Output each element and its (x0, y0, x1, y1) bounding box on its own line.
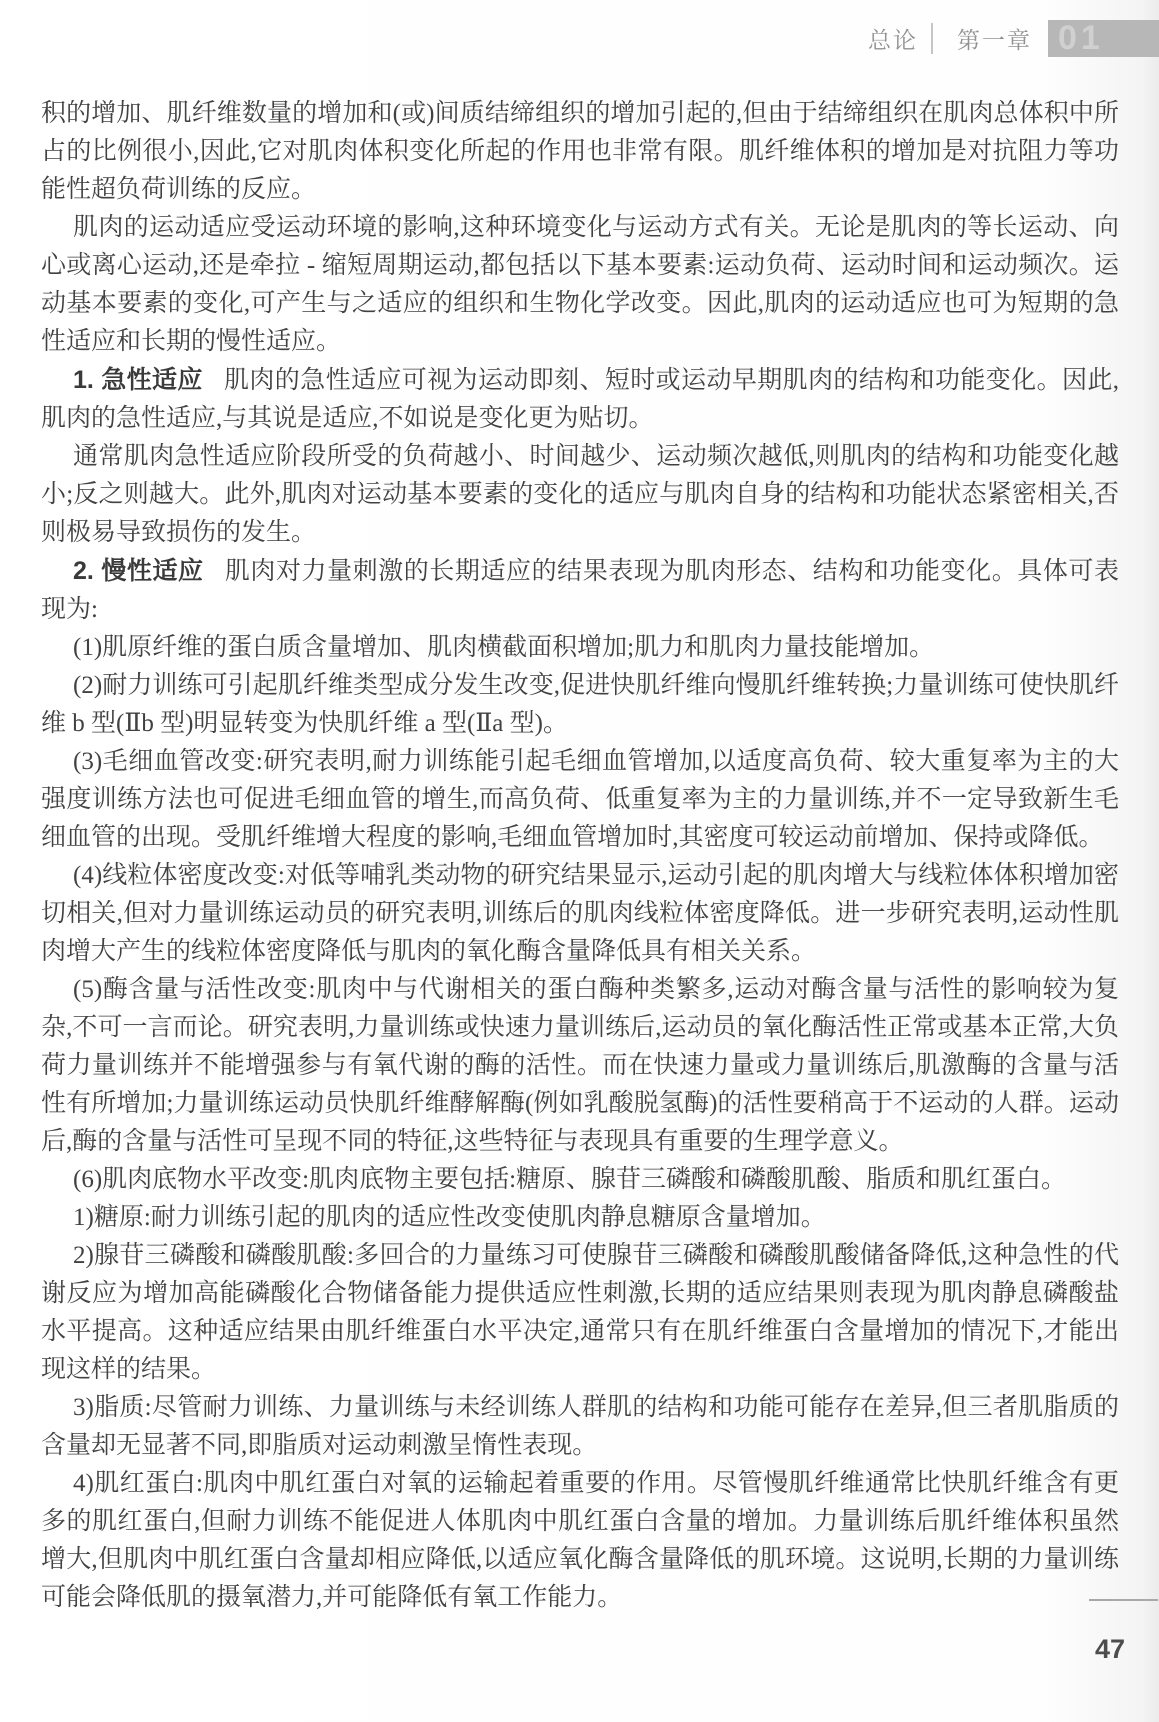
paragraph: 1. 急性适应肌肉的急性适应可视为运动即刻、短时或运动早期肌肉的结构和功能变化。… (41, 361, 1119, 438)
paragraph: 1)糖原:耐力训练引起的肌肉的适应性改变使肌肉静息糖原含量增加。 (41, 1199, 1119, 1237)
paragraph-text: 1)糖原:耐力训练引起的肌肉的适应性改变使肌肉静息糖原含量增加。 (73, 1204, 826, 1231)
paragraph: 2. 慢性适应肌肉对力量刺激的长期适应的结果表现为肌肉形态、结构和功能变化。具体… (41, 552, 1119, 629)
header-chapter-label: 第一章 (957, 22, 1032, 55)
chapter-number-badge: 01 (1048, 20, 1159, 57)
paragraph: 4)肌红蛋白:肌肉中肌红蛋白对氧的运输起着重要的作用。尽管慢肌纤维通常比快肌纤维… (41, 1465, 1119, 1617)
paragraph-lead: 2. 慢性适应 (73, 557, 204, 585)
paragraph-text: (1)肌原纤维的蛋白质含量增加、肌肉横截面积增加;肌力和肌肉力量技能增加。 (73, 634, 934, 661)
paragraph-text: (3)毛细血管改变:研究表明,耐力训练能引起毛细血管增加,以适度高负荷、较大重复… (41, 748, 1119, 851)
paragraph: (3)毛细血管改变:研究表明,耐力训练能引起毛细血管增加,以适度高负荷、较大重复… (41, 743, 1119, 857)
paragraph-text: 肌肉的运动适应受运动环境的影响,这种环境变化与运动方式有关。无论是肌肉的等长运动… (41, 214, 1119, 355)
scanned-book-page: 总论 第一章 01 积的增加、肌纤维数量的增加和(或)间质结缔组织的增加引起的,… (0, 0, 1159, 1722)
paragraph: (4)线粒体密度改变:对低等哺乳类动物的研究结果显示,运动引起的肌肉增大与线粒体… (41, 857, 1119, 971)
header-section-label: 总论 (868, 22, 918, 55)
paragraph-text: (5)酶含量与活性改变:肌肉中与代谢相关的蛋白酶种类繁多,运动对酶含量与活性的影… (41, 976, 1119, 1155)
paragraph: 2)腺苷三磷酸和磷酸肌酸:多回合的力量练习可使腺苷三磷酸和磷酸肌酸储备降低,这种… (41, 1237, 1119, 1389)
paragraph: 肌肉的运动适应受运动环境的影响,这种环境变化与运动方式有关。无论是肌肉的等长运动… (41, 209, 1119, 361)
page-number: 47 (1095, 1634, 1125, 1665)
paragraph-text: 3)脂质:尽管耐力训练、力量训练与未经训练人群肌的结构和功能可能存在差异,但三者… (41, 1394, 1119, 1459)
header-divider (931, 23, 933, 54)
paragraph: 积的增加、肌纤维数量的增加和(或)间质结缔组织的增加引起的,但由于结缔组织在肌肉… (41, 95, 1119, 209)
footer-rule (1089, 1599, 1158, 1601)
paragraph-text: (6)肌肉底物水平改变:肌肉底物主要包括:糖原、腺苷三磷酸和磷酸肌酸、脂质和肌红… (73, 1166, 1066, 1193)
paragraph-lead: 1. 急性适应 (73, 366, 203, 394)
page-body: 积的增加、肌纤维数量的增加和(或)间质结缔组织的增加引起的,但由于结缔组织在肌肉… (41, 95, 1119, 1617)
paragraph: 通常肌肉急性适应阶段所受的负荷越小、时间越少、运动频次越低,则肌肉的结构和功能变… (41, 438, 1119, 552)
paragraph-text: 4)肌红蛋白:肌肉中肌红蛋白对氧的运输起着重要的作用。尽管慢肌纤维通常比快肌纤维… (41, 1470, 1119, 1611)
page-header: 总论 第一章 01 (868, 20, 1159, 57)
paragraph: (2)耐力训练可引起肌纤维类型成分发生改变,促进快肌纤维向慢肌纤维转换;力量训练… (41, 667, 1119, 743)
paragraph-text: 通常肌肉急性适应阶段所受的负荷越小、时间越少、运动频次越低,则肌肉的结构和功能变… (41, 443, 1119, 546)
paragraph: (1)肌原纤维的蛋白质含量增加、肌肉横截面积增加;肌力和肌肉力量技能增加。 (41, 629, 1119, 667)
paragraph-text: (2)耐力训练可引起肌纤维类型成分发生改变,促进快肌纤维向慢肌纤维转换;力量训练… (41, 672, 1119, 737)
paragraph-text: 积的增加、肌纤维数量的增加和(或)间质结缔组织的增加引起的,但由于结缔组织在肌肉… (41, 100, 1119, 203)
paragraph-text: 2)腺苷三磷酸和磷酸肌酸:多回合的力量练习可使腺苷三磷酸和磷酸肌酸储备降低,这种… (41, 1242, 1119, 1383)
paragraph: (6)肌肉底物水平改变:肌肉底物主要包括:糖原、腺苷三磷酸和磷酸肌酸、脂质和肌红… (41, 1161, 1119, 1199)
paragraph: (5)酶含量与活性改变:肌肉中与代谢相关的蛋白酶种类繁多,运动对酶含量与活性的影… (41, 971, 1119, 1161)
paragraph: 3)脂质:尽管耐力训练、力量训练与未经训练人群肌的结构和功能可能存在差异,但三者… (41, 1389, 1119, 1465)
paragraph-text: (4)线粒体密度改变:对低等哺乳类动物的研究结果显示,运动引起的肌肉增大与线粒体… (41, 862, 1119, 965)
